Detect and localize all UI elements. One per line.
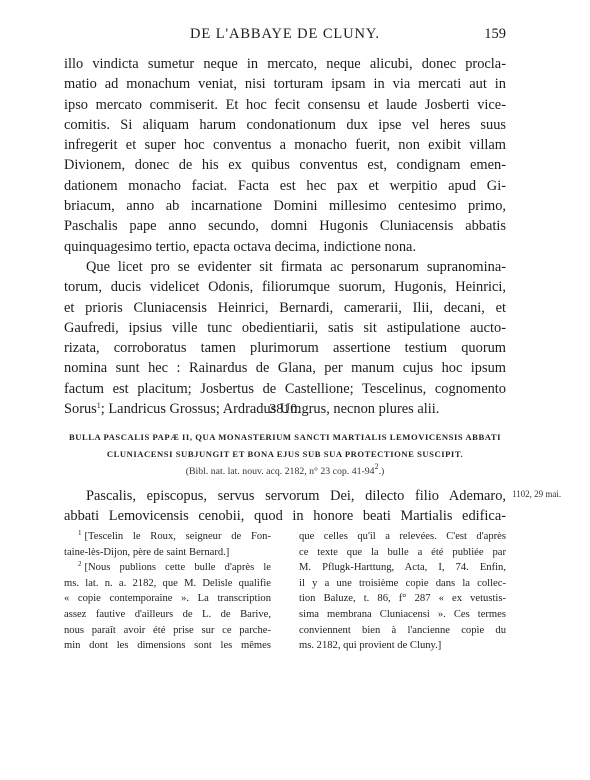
document-paragraph: Pascalis, episcopus, servus servorum Dei… xyxy=(64,486,506,527)
text-line: Paschalis pape anno secundo, domni Hugon… xyxy=(64,216,506,236)
footnote-line: ce texte que la bulle a été publiée par xyxy=(299,545,506,561)
text-line: dationem monacho faciat. Facta est hec p… xyxy=(64,176,506,196)
running-title: DE L'ABBAYE DE CLUNY. xyxy=(64,26,506,43)
text-line: Divionem, donec de his ex quibus convent… xyxy=(64,155,506,175)
text-line: infregerit et super hoc conventus a mona… xyxy=(64,135,506,155)
book-page: DE L'ABBAYE DE CLUNY. 159 illo vindicta … xyxy=(0,0,590,780)
text-line: rizata, corroboratus tamen plurimorum as… xyxy=(64,338,506,358)
text-line: nomina sunt hec : Rainardus de Glana, pe… xyxy=(64,358,506,378)
footnote-line: taine-lès-Dijon, père de saint Bernard.] xyxy=(64,545,271,561)
margin-date: 1102, 29 mai. xyxy=(512,489,561,499)
heading-line: CLUNIACENSI SUBJUNGIT ET BONA EJUS SUB S… xyxy=(64,446,506,463)
document-source: (Bibl. nat. lat. nouv. acq. 2182, n° 23 … xyxy=(64,466,506,477)
text-line: abbati Lemovicensis cenobii, quod in hon… xyxy=(64,506,506,526)
footnotes-left-column: 1[Tescelin le Roux, seigneur de Fon- tai… xyxy=(64,529,271,654)
footnote-text: [Nous publions cette bulle d'après le xyxy=(85,562,272,573)
footnotes-right-column: que celles qu'il a relevées. C'est d'apr… xyxy=(299,529,506,654)
footnote-line: nous paraît avoir été prise sur ce parch… xyxy=(64,623,271,639)
text-line: torum, ducis videlicet Odonis, filiorumq… xyxy=(64,277,506,297)
text-line: briacum, anno ab incarnatione Domini mil… xyxy=(64,196,506,216)
footnote-line: assez fautive d'ailleurs de L. de Barive… xyxy=(64,607,271,623)
footnote-line: min dont les dimensions sont les mêmes xyxy=(64,638,271,654)
text-line: Gaufredi, ipsius ville tunc obedientiari… xyxy=(64,318,506,338)
paragraph-2: Que licet pro se evidenter sit firmata a… xyxy=(64,257,506,419)
source-close: .) xyxy=(379,466,385,477)
running-head: DE L'ABBAYE DE CLUNY. 159 xyxy=(64,26,506,48)
document-number: 3810. xyxy=(64,402,506,418)
source-text: (Bibl. nat. lat. nouv. acq. 2182, n° 23 … xyxy=(186,466,375,477)
footnote-line: M. Pflugk-Harttung, Acta, I, 74. Enfin, xyxy=(299,560,506,576)
text-line: quinquagesimo tertio, epacta octava deci… xyxy=(64,237,506,257)
text-line: matio ad monachum veniat, nisi torturam … xyxy=(64,74,506,94)
footnote-line: il y a une troisième copie dans la colle… xyxy=(299,576,506,592)
continuation-text: illo vindicta sumetur neque in mercato, … xyxy=(64,54,506,419)
footnote-mark: 1 xyxy=(78,529,82,537)
footnote-line: 1[Tescelin le Roux, seigneur de Fon- xyxy=(64,529,271,545)
document-heading: BULLA PASCALIS PAPÆ II, QUA MONASTERIUM … xyxy=(64,429,506,463)
heading-line: BULLA PASCALIS PAPÆ II, QUA MONASTERIUM … xyxy=(64,429,506,446)
footnote-line: 2[Nous publions cette bulle d'après le xyxy=(64,560,271,576)
text-line: illo vindicta sumetur neque in mercato, … xyxy=(64,54,506,74)
text-line: et prioris Cluniacensis Heinrici, Bernar… xyxy=(64,298,506,318)
footnote-line: « copie contemporaine ». La transcriptio… xyxy=(64,591,271,607)
footnote-mark: 2 xyxy=(78,560,82,568)
document-text: Pascalis, episcopus, servus servorum Dei… xyxy=(64,486,506,527)
footnote-text: [Tescelin le Roux, seigneur de Fon- xyxy=(85,531,272,542)
text-line: comitis. Si aliquam harum condonationum … xyxy=(64,115,506,135)
footnote-line: ms. 2182, qui provient de Cluny.] xyxy=(299,638,506,654)
footnote-line: conviennent bien à l'ancienne copie du xyxy=(299,623,506,639)
text-line: factum est placitum; Josbertus de Castel… xyxy=(64,379,506,399)
paragraph-1: illo vindicta sumetur neque in mercato, … xyxy=(64,54,506,257)
text-line: Pascalis, episcopus, servus servorum Dei… xyxy=(64,486,506,506)
text-line: ipso mercato commiserit. Et hoc fecit co… xyxy=(64,95,506,115)
footnote-line: que celles qu'il a relevées. C'est d'apr… xyxy=(299,529,506,545)
footnote-line: tion Baluze, t. 86, f° 287 « ex vetustis… xyxy=(299,591,506,607)
page-number: 159 xyxy=(484,26,506,43)
text-line: Que licet pro se evidenter sit firmata a… xyxy=(64,257,506,277)
footnote-line: sima membrana Cluniacensi ». Ces termes xyxy=(299,607,506,623)
footnote-line: ms. lat. n. a. 2182, que M. Delisle qual… xyxy=(64,576,271,592)
